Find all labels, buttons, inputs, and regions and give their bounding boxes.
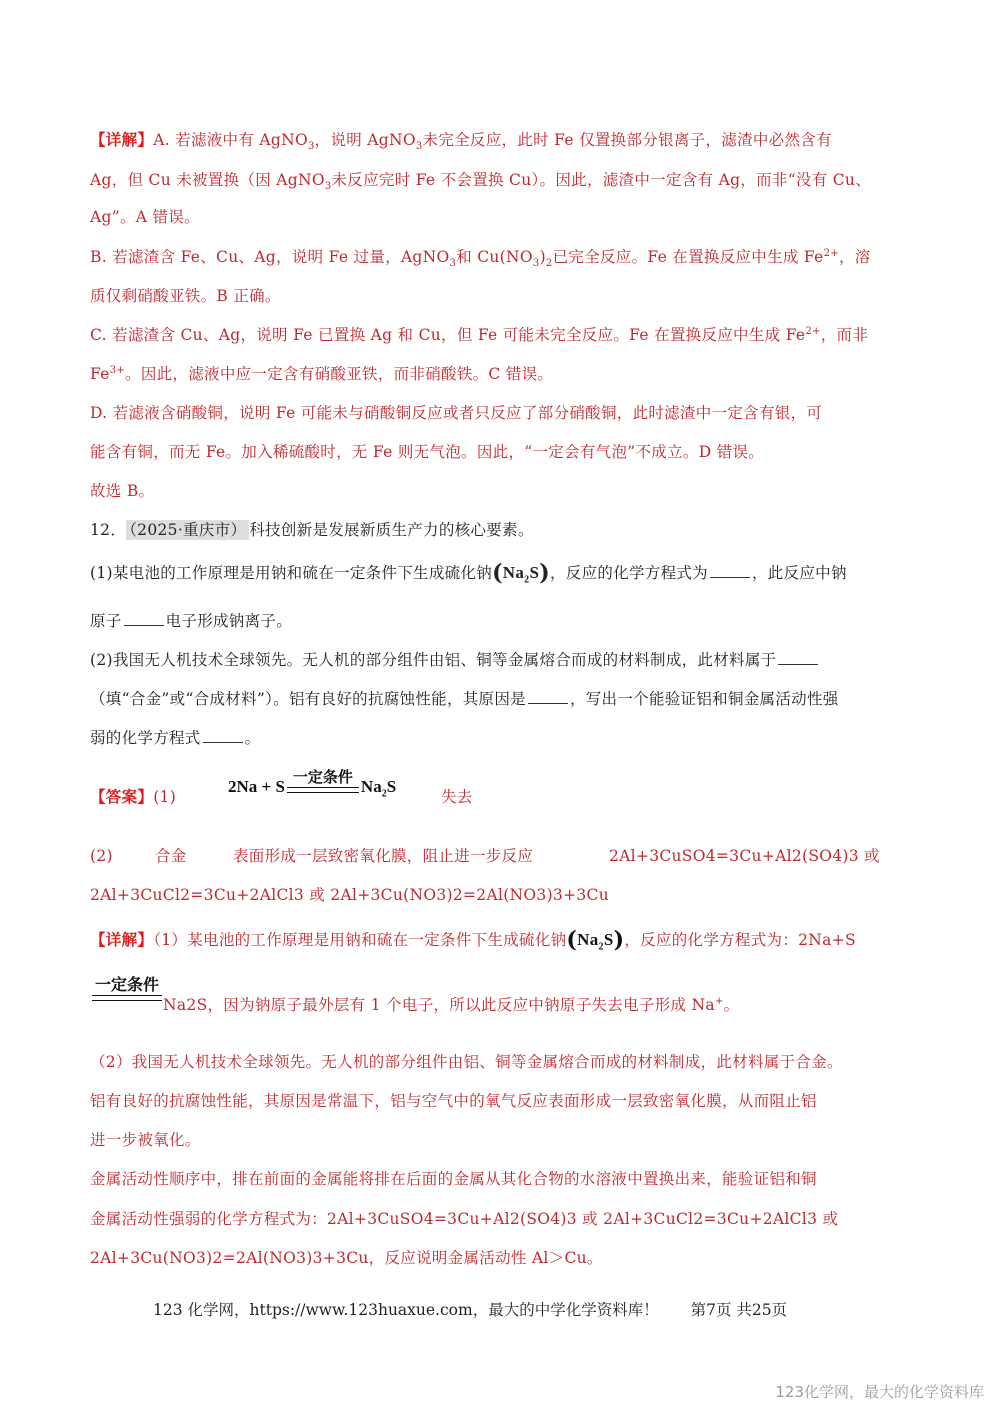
- explanation-label: 【详解】: [90, 930, 153, 949]
- page-number: 第7页 共25页: [691, 1301, 788, 1319]
- text: 进一步被氧化。: [90, 1131, 201, 1149]
- footer-text: 123 化学网，https://www.123huaxue.com，最大的中学化…: [153, 1301, 659, 1319]
- formula-main: Na: [503, 563, 524, 582]
- explanation12-p3-line2: 金属活动性强弱的化学方程式为：2Al+3CuSO4=3Cu+Al2(SO4)3 …: [90, 1209, 838, 1229]
- close-paren: ): [539, 560, 550, 586]
- explanation-a-line3: Ag”。A 错误。: [90, 207, 200, 227]
- question-stem: 科技创新是发展新质生产力的核心要素。: [249, 521, 533, 539]
- explanation-c-line1: C. 若滤渣含 Cu、Ag，说明 Fe 已置换 Ag 和 Cu，但 Fe 可能未…: [90, 325, 868, 345]
- text: 金属活动性顺序中，排在前面的金属能将排在后面的金属从其化合物的水溶液中置换出来，…: [90, 1170, 817, 1188]
- answer-blank[interactable]: [203, 728, 243, 743]
- text: ，反应的化学方程式为: [550, 564, 708, 582]
- text: Ag，但 Cu 未被置换（因 AgNO: [90, 171, 325, 189]
- explanation12-line1: 【详解】（1）某电池的工作原理是用钠和硫在一定条件下生成硫化钠(Na2S)，反应…: [90, 930, 856, 950]
- open-paren: (: [566, 927, 577, 953]
- text: D. 若滤液含硝酸铜，说明 Fe 可能未与硝酸铜反应或者只反应了部分硝酸铜，此时…: [90, 404, 822, 422]
- text: (2)我国无人机技术全球领先。无人机的部分组件由铝、铜等金属熔合而成的材料制成，…: [90, 651, 776, 669]
- equation-left: 2Na + S: [228, 777, 285, 797]
- explanation12-p3-line3: 2Al+3Cu(NO3)2=2Al(NO3)3+3Cu，反应说明金属活动性 Al…: [90, 1248, 603, 1268]
- text: 合金: [155, 847, 187, 865]
- condition-text: 一定条件: [293, 770, 353, 786]
- subscript: 3: [308, 141, 315, 152]
- answer-part2-ans3-line2: 2Al+3CuCl2=3Cu+2AlCl3 或 2Al+3Cu(NO3)2=2A…: [90, 885, 609, 905]
- equation-condition: 一定条件: [287, 770, 359, 798]
- equation-condition: 一定条件: [92, 978, 162, 1001]
- explanation-a-line2: Ag，但 Cu 未被置换（因 AgNO3未反应完时 Fe 不会置换 Cu）。因此…: [90, 170, 871, 190]
- text: （1）某电池的工作原理是用钠和硫在一定条件下生成硫化钠: [153, 931, 566, 949]
- text: Ag”。A 错误。: [90, 208, 200, 226]
- subscript: 2: [546, 258, 553, 269]
- question-12-part1-line1: (1)某电池的工作原理是用钠和硫在一定条件下生成硫化钠(Na2S)，反应的化学方…: [90, 563, 847, 583]
- explanation-a-line1: 【详解】A. 若滤液中有 AgNO3，说明 AgNO3未完全反应，此时 Fe 仅…: [90, 130, 832, 150]
- formula-na2s: Na2S: [503, 563, 539, 582]
- watermark: 123化学网，最大的化学资料库: [775, 1381, 984, 1402]
- text: A. 若滤液中有 AgNO: [153, 131, 308, 149]
- double-line-equals: [287, 787, 359, 793]
- page-footer: 123 化学网，https://www.123huaxue.com，最大的中学化…: [153, 1298, 787, 1320]
- explanation12-condition: 一定条件: [92, 978, 162, 1001]
- text: ，而非: [821, 326, 868, 344]
- condition-text: 一定条件: [95, 978, 159, 994]
- text: 失去: [441, 788, 473, 806]
- explanation12-line2: Na2S，因为钠原子最外层有 1 个电子，所以此反应中钠原子失去电子形成 Na+…: [163, 995, 739, 1015]
- superscript: 2+: [824, 248, 839, 259]
- subscript: 3: [533, 258, 540, 269]
- formula-main: Na: [361, 777, 382, 796]
- subscript: 3: [416, 141, 423, 152]
- answer-label-line: 【答案】(1): [90, 787, 176, 807]
- explanation-b-line2: 质仅剩硝酸亚铁。B 正确。: [90, 286, 281, 306]
- answer-blank[interactable]: [528, 689, 568, 704]
- explanation-d-line2: 能含有铜，而无 Fe。加入稀硫酸时，无 Fe 则无气泡。因此，“一定会有气泡”不…: [90, 442, 764, 462]
- answer-part2-num: (2): [90, 846, 113, 866]
- text: 电子形成钠离子。: [166, 612, 292, 630]
- text: Fe: [90, 365, 110, 383]
- text: ，反应的化学方程式为：2Na+S: [624, 931, 856, 949]
- text: 2Al+3Cu(NO3)2=2Al(NO3)3+3Cu，反应说明金属活动性 Al…: [90, 1249, 603, 1267]
- explanation-b-line1: B. 若滤渣含 Fe、Cu、Ag，说明 Fe 过量，AgNO3和 Cu(NO3)…: [90, 247, 871, 267]
- text: C. 若滤渣含 Cu、Ag，说明 Fe 已置换 Ag 和 Cu，但 Fe 可能未…: [90, 326, 805, 344]
- text: 能含有铜，而无 Fe。加入稀硫酸时，无 Fe 则无气泡。因此，“一定会有气泡”不…: [90, 443, 764, 461]
- answer-part2-ans3-line1: 2Al+3CuSO4=3Cu+Al2(SO4)3 或: [609, 846, 880, 866]
- explanation-conclusion: 故选 B。: [90, 481, 154, 501]
- answer-blank[interactable]: [710, 563, 750, 578]
- text: 未完全反应，此时 Fe 仅置换部分银离子，滤渣中必然含有: [423, 131, 832, 149]
- formula-tail: S: [387, 777, 396, 796]
- explanation12-p2-line1: （2）我国无人机技术全球领先。无人机的部分组件由铝、铜等金属熔合而成的材料制成，…: [90, 1052, 843, 1072]
- text: 和 Cu(NO: [456, 248, 533, 266]
- answer-blank[interactable]: [778, 650, 818, 665]
- question-12-part2-line2: （填“合金”或“合成材料”）。铝有良好的抗腐蚀性能，其原因是，写出一个能验证铝和…: [90, 689, 839, 709]
- text: 。: [724, 996, 740, 1014]
- question-number: 12．: [90, 521, 126, 539]
- text: 未反应完时 Fe 不会置换 Cu）。因此，滤渣中一定含有 Ag，而非“没有 Cu…: [332, 171, 872, 189]
- text: 表面形成一层致密氧化膜，阻止进一步反应: [233, 847, 533, 865]
- formula-main: Na: [577, 930, 598, 949]
- answer-label: 【答案】: [90, 787, 153, 806]
- open-paren: (: [492, 560, 503, 586]
- superscript: 2+: [805, 326, 820, 337]
- answer-equation: 2Na + S 一定条件 Na2S: [228, 770, 396, 798]
- text: 铝有良好的抗腐蚀性能，其原因是常温下，铝与空气中的氧气反应表面形成一层致密氧化膜…: [90, 1092, 817, 1110]
- explanation12-p2-line3: 进一步被氧化。: [90, 1130, 201, 1150]
- text: ，此反应中钠: [752, 564, 847, 582]
- explanation-d-line1: D. 若滤液含硝酸铜，说明 Fe 可能未与硝酸铜反应或者只反应了部分硝酸铜，此时…: [90, 403, 822, 423]
- question-12-title: 12．（2025·重庆市）科技创新是发展新质生产力的核心要素。: [90, 520, 534, 540]
- question-12-part2-line3: 弱的化学方程式。: [90, 728, 260, 748]
- text: 2Al+3CuCl2=3Cu+2AlCl3 或 2Al+3Cu(NO3)2=2A…: [90, 886, 609, 904]
- text: （2）我国无人机技术全球领先。无人机的部分组件由铝、铜等金属熔合而成的材料制成，…: [90, 1053, 843, 1071]
- double-line-equals: [92, 995, 162, 1001]
- text: 。: [245, 729, 261, 747]
- question-12-part1-line2: 原子电子形成钠离子。: [90, 611, 292, 631]
- question-12-part2-line1: (2)我国无人机技术全球领先。无人机的部分组件由铝、铜等金属熔合而成的材料制成，…: [90, 650, 820, 670]
- explanation-c-line2: Fe3+。因此，滤液中应一定含有硝酸亚铁，而非硝酸铁。C 错误。: [90, 364, 553, 384]
- text: 已完全反应。Fe 在置换反应中生成 Fe: [553, 248, 824, 266]
- answer-part2-ans2: 表面形成一层致密氧化膜，阻止进一步反应: [233, 846, 533, 866]
- explanation-label: 【详解】: [90, 130, 153, 149]
- source-tag: （2025·重庆市）: [126, 520, 249, 540]
- formula-tail: S: [529, 563, 539, 582]
- explanation12-p3-line1: 金属活动性顺序中，排在前面的金属能将排在后面的金属从其化合物的水溶液中置换出来，…: [90, 1169, 817, 1189]
- text: 金属活动性强弱的化学方程式为：2Al+3CuSO4=3Cu+Al2(SO4)3 …: [90, 1210, 838, 1228]
- answer-part2-ans1: 合金: [155, 846, 187, 866]
- answer-part1-ans2: 失去: [441, 787, 473, 807]
- text: Na2S，因为钠原子最外层有 1 个电子，所以此反应中钠原子失去电子形成 Na: [163, 996, 715, 1014]
- text: 2Al+3CuSO4=3Cu+Al2(SO4)3 或: [609, 847, 880, 865]
- superscript: +: [715, 996, 724, 1007]
- text: 质仅剩硝酸亚铁。B 正确。: [90, 287, 281, 305]
- text: ，溶: [839, 248, 871, 266]
- text: （填“合金”或“合成材料”）。铝有良好的抗腐蚀性能，其原因是: [90, 690, 526, 708]
- text: 。因此，滤液中应一定含有硝酸亚铁，而非硝酸铁。C 错误。: [125, 365, 553, 383]
- text: ，写出一个能验证铝和铜金属活动性强: [570, 690, 839, 708]
- equation-right: Na2S: [361, 777, 396, 797]
- close-paren: ): [614, 927, 625, 953]
- subscript: 3: [325, 181, 332, 192]
- text: 弱的化学方程式: [90, 729, 201, 747]
- text: (2): [90, 847, 113, 865]
- part-number: (1): [153, 788, 176, 806]
- formula-tail: S: [604, 930, 614, 949]
- explanation12-p2-line2: 铝有良好的抗腐蚀性能，其原因是常温下，铝与空气中的氧气反应表面形成一层致密氧化膜…: [90, 1091, 817, 1111]
- answer-blank[interactable]: [124, 611, 164, 626]
- text: 原子: [90, 612, 122, 630]
- superscript: 3+: [110, 365, 125, 376]
- text: 故选 B。: [90, 482, 154, 500]
- text: ，说明 AgNO: [315, 131, 416, 149]
- formula-na2s: Na2S: [577, 930, 613, 949]
- text: B. 若滤渣含 Fe、Cu、Ag，说明 Fe 过量，AgNO: [90, 248, 450, 266]
- text: (1)某电池的工作原理是用钠和硫在一定条件下生成硫化钠: [90, 564, 492, 582]
